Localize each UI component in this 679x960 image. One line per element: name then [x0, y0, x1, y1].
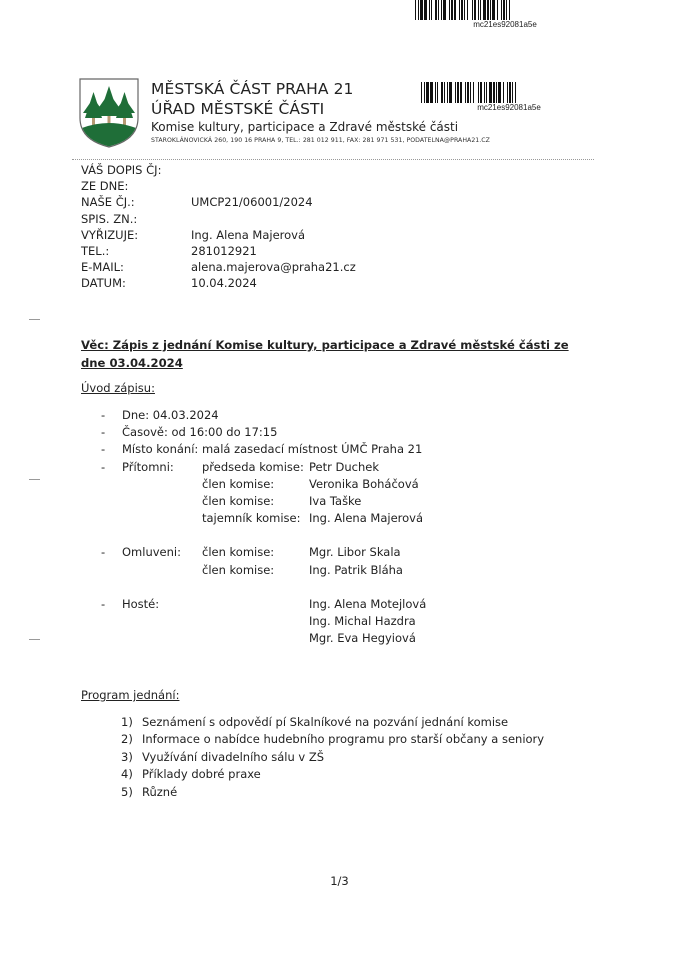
attendee-row: Ing. Michal Hazdra [101, 613, 426, 630]
header-divider [72, 159, 594, 160]
program-item-text: Různé [142, 785, 177, 799]
reference-row: SPIS. ZN.: [81, 211, 356, 227]
program-item: 1)Seznámení s odpovědí pí Skalníkové na … [121, 714, 544, 731]
page-number: 1/3 [0, 874, 679, 888]
group-label [122, 613, 202, 630]
attendee-role: člen komise: [202, 544, 309, 561]
attendee-name: Petr Duchek [309, 459, 379, 476]
program-item-text: Využívání divadelního sálu v ZŠ [142, 750, 324, 764]
program-item-number: 2) [121, 731, 142, 748]
attendee-row: -Omluveni:člen komise:Mgr. Libor Skala [101, 544, 426, 561]
attendee-row: člen komise:Veronika Boháčová [101, 476, 426, 493]
barcode-bars [421, 82, 597, 103]
attendee-role: člen komise: [202, 562, 309, 579]
reference-label: ZE DNE: [81, 178, 191, 194]
header-barcode: mc21es92081a5e [421, 82, 597, 112]
attendee-role [202, 613, 309, 630]
list-item-place: - Místo konání: malá zasedací místnost Ú… [101, 441, 426, 458]
reference-label: DATUM: [81, 275, 191, 291]
barcode-text: mc21es92081a5e [421, 103, 597, 112]
attendee-name: Ing. Michal Hazdra [309, 613, 416, 630]
barcode-bars [415, 0, 595, 20]
program-item-number: 5) [121, 784, 142, 801]
present-group: -Přítomni:předseda komise:Petr Duchekčle… [101, 459, 426, 528]
program-heading: Program jednání: [81, 688, 179, 702]
attendee-name: Iva Taške [309, 493, 361, 510]
fold-mark [29, 319, 40, 320]
attendee-name: Veronika Boháčová [309, 476, 419, 493]
group-label: Přítomni: [122, 459, 202, 476]
excused-group: -Omluveni:člen komise:Mgr. Libor Skalačl… [101, 544, 426, 578]
attendee-row: Mgr. Eva Hegyiová [101, 630, 426, 647]
group-label: Omluveni: [122, 544, 202, 561]
group-label: Hosté: [122, 596, 202, 613]
program-item: 5)Různé [121, 784, 544, 801]
reference-row: DATUM:10.04.2024 [81, 275, 356, 291]
group-label [122, 493, 202, 510]
reference-row: ZE DNE: [81, 178, 356, 194]
reference-label: E-MAIL: [81, 259, 191, 275]
group-label [122, 562, 202, 579]
list-item-time: - Časově: od 16:00 do 17:15 [101, 424, 426, 441]
attendee-name: Ing. Patrik Bláha [309, 562, 403, 579]
coat-of-arms-logo [79, 78, 139, 148]
attendee-name: Mgr. Eva Hegyiová [309, 630, 416, 647]
program-item-number: 4) [121, 766, 142, 783]
attendee-role: předseda komise: [202, 459, 309, 476]
reference-row: E-MAIL:alena.majerova@praha21.cz [81, 259, 356, 275]
program-item: 4)Příklady dobré praxe [121, 766, 544, 783]
program-item: 2)Informace o nabídce hudebního programu… [121, 731, 544, 748]
reference-label: NAŠE ČJ.: [81, 194, 191, 210]
reference-label: TEL.: [81, 243, 191, 259]
reference-block: VÁŠ DOPIS ČJ:ZE DNE:NAŠE ČJ.:UMCP21/0600… [81, 162, 356, 292]
intro-list: - Dne: 04.03.2024 - Časově: od 16:00 do … [101, 407, 426, 647]
program-item: 3)Využívání divadelního sálu v ZŠ [121, 749, 544, 766]
address-line: STAROKLÁNOVICKÁ 260, 190 16 PRAHA 9, TEL… [151, 137, 490, 144]
program-item-number: 3) [121, 749, 142, 766]
group-label [122, 510, 202, 527]
reference-label: VYŘIZUJE: [81, 227, 191, 243]
org-name-line2: ÚŘAD MĚSTSKÉ ČÁSTI [151, 100, 324, 118]
attendee-row: člen komise:Ing. Patrik Bláha [101, 562, 426, 579]
attendee-row: člen komise:Iva Taške [101, 493, 426, 510]
attendee-name: Mgr. Libor Skala [309, 544, 401, 561]
reference-row: TEL.:281012921 [81, 243, 356, 259]
attendee-name: Ing. Alena Motejlová [309, 596, 426, 613]
subject-heading: Věc: Zápis z jednání Komise kultury, par… [81, 336, 591, 372]
group-label [122, 630, 202, 647]
program-item-text: Seznámení s odpovědí pí Skalníkové na po… [142, 715, 508, 729]
reference-row: VÁŠ DOPIS ČJ: [81, 162, 356, 178]
attendee-role [202, 596, 309, 613]
fold-mark [29, 639, 40, 640]
top-barcode: mc21es92081a5e [415, 0, 595, 29]
reference-label: VÁŠ DOPIS ČJ: [81, 162, 191, 178]
reference-value: 281012921 [191, 243, 257, 259]
attendee-row: tajemník komise:Ing. Alena Majerová [101, 510, 426, 527]
program-item-text: Příklady dobré praxe [142, 767, 261, 781]
attendee-name: Ing. Alena Majerová [309, 510, 423, 527]
attendee-role: člen komise: [202, 476, 309, 493]
fold-mark [29, 479, 40, 480]
intro-heading: Úvod zápisu: [81, 381, 155, 395]
program-item-number: 1) [121, 714, 142, 731]
guests-group: -Hosté:Ing. Alena MotejlováIng. Michal H… [101, 596, 426, 648]
program-item-text: Informace o nabídce hudebního programu p… [142, 732, 544, 746]
reference-row: NAŠE ČJ.:UMCP21/06001/2024 [81, 194, 356, 210]
attendee-role [202, 630, 309, 647]
reference-value: UMCP21/06001/2024 [191, 194, 313, 210]
barcode-text: mc21es92081a5e [415, 20, 595, 29]
list-item-date: - Dne: 04.03.2024 [101, 407, 426, 424]
department-name: Komise kultury, participace a Zdravé měs… [151, 120, 458, 134]
program-list: 1)Seznámení s odpovědí pí Skalníkové na … [121, 714, 544, 801]
reference-value: alena.majerova@praha21.cz [191, 259, 356, 275]
reference-value: 10.04.2024 [191, 275, 257, 291]
reference-label: SPIS. ZN.: [81, 211, 191, 227]
attendee-row: -Hosté:Ing. Alena Motejlová [101, 596, 426, 613]
group-label [122, 476, 202, 493]
reference-value: Ing. Alena Majerová [191, 227, 305, 243]
org-name-line1: MĚSTSKÁ ČÁST PRAHA 21 [151, 80, 354, 98]
attendee-row: -Přítomni:předseda komise:Petr Duchek [101, 459, 426, 476]
reference-row: VYŘIZUJE:Ing. Alena Majerová [81, 227, 356, 243]
attendee-role: tajemník komise: [202, 510, 309, 527]
attendee-role: člen komise: [202, 493, 309, 510]
